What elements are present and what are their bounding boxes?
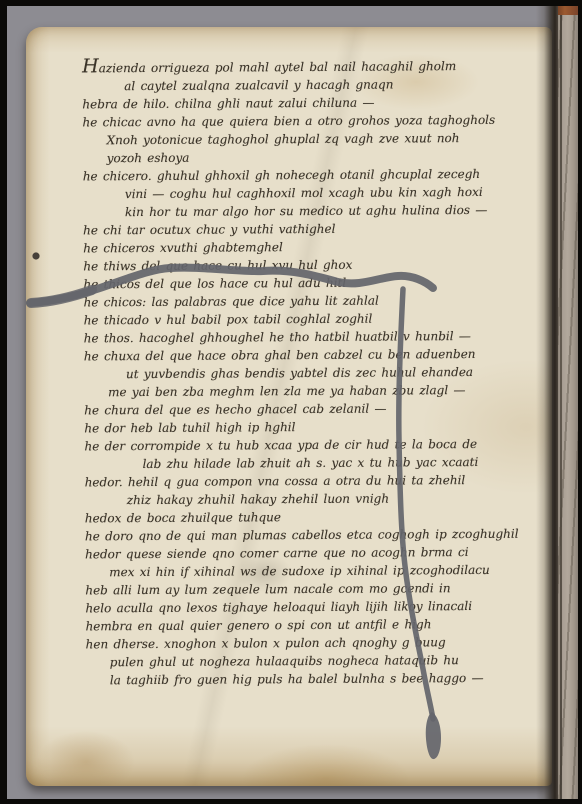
gutter-shadow	[536, 6, 558, 799]
manuscript-line: he chicac avno ha que quiera bien a otro…	[82, 111, 534, 132]
manuscript-text: Hazienda orrigueza pol mahl aytel bal na…	[82, 57, 538, 690]
manuscript-line: kin hor tu mar algo hor su medico ut agh…	[125, 201, 535, 222]
manuscript-line: lab zhu hilade lab zhuit ah s. yac x tu …	[142, 453, 536, 473]
page-edge-crease	[560, 6, 562, 799]
binding-sliver	[556, 6, 578, 15]
manuscript-line: he doro qno de qui man plumas cabellos e…	[85, 525, 537, 546]
manuscript-line: la taghiib fro guen hig puls ha balel bu…	[110, 669, 538, 690]
manuscript-photo: Hazienda orrigueza pol mahl aytel bal na…	[0, 0, 582, 804]
manuscript-line: helo aculla qno lexos tighaye heloaqui l…	[85, 597, 537, 618]
manuscript-line: mex xi hin if xihinal ws de sudoxe ip xi…	[109, 561, 537, 582]
